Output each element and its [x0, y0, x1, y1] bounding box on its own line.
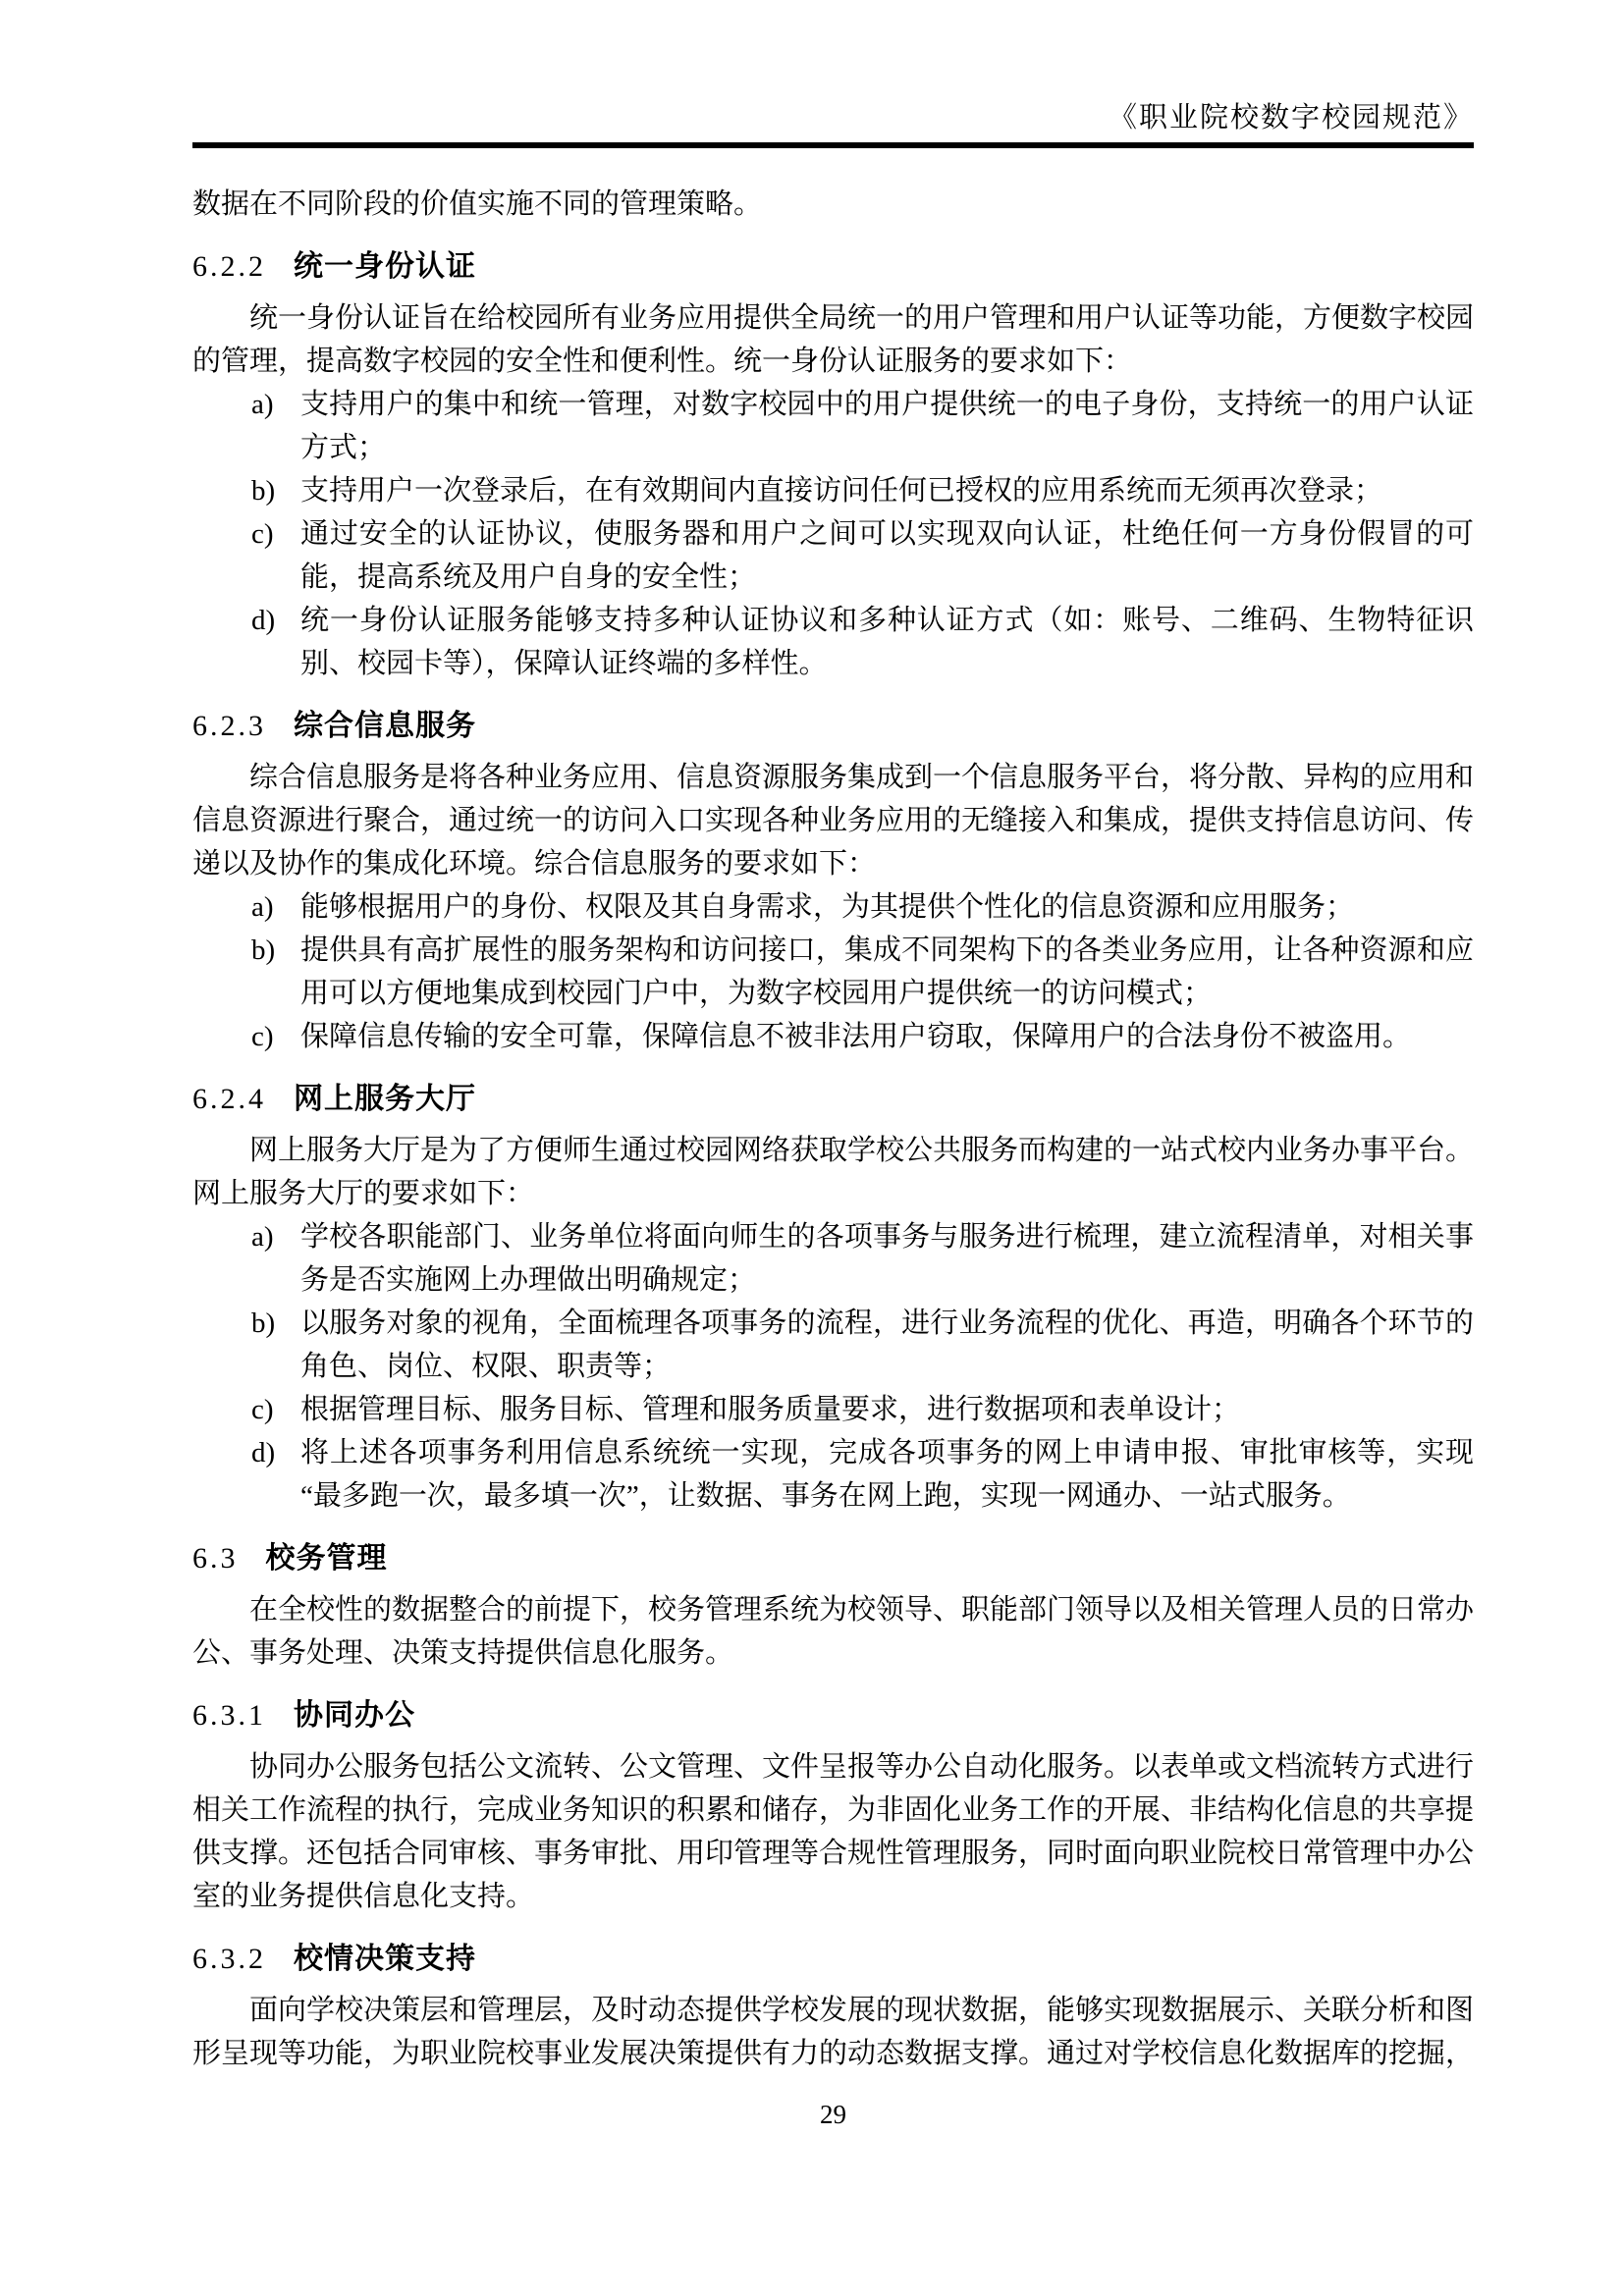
list-item-text: 统一身份认证服务能够支持多种认证协议和多种认证方式（如：账号、二维码、生物特征识…	[300, 605, 1474, 679]
list-item-label: c)	[251, 512, 274, 556]
section-title: 协同办公	[294, 1699, 415, 1732]
list-item: b)提供具有高扩展性的服务架构和访问接口，集成不同架构下的各类业务应用，让各种资…	[192, 929, 1474, 1015]
section-title: 统一身份认证	[294, 250, 476, 283]
section-number: 6.3.1	[192, 1699, 266, 1732]
paragraph: 统一身份认证旨在给校园所有业务应用提供全局统一的用户管理和用户认证等功能，方便数…	[192, 296, 1474, 383]
list-item-label: c)	[251, 1015, 274, 1058]
section-heading: 6.3.1协同办公	[192, 1694, 1474, 1737]
list-item: d)统一身份认证服务能够支持多种认证协议和多种认证方式（如：账号、二维码、生物特…	[192, 599, 1474, 685]
list-item-label: b)	[251, 1302, 275, 1345]
section-title: 校情决策支持	[294, 1943, 476, 1975]
paragraph: 综合信息服务是将各种业务应用、信息资源服务集成到一个信息服务平台，将分散、异构的…	[192, 756, 1474, 885]
list-item: a)支持用户的集中和统一管理，对数字校园中的用户提供统一的电子身份，支持统一的用…	[192, 383, 1474, 469]
section-heading: 6.3.2校情决策支持	[192, 1938, 1474, 1981]
page-body: 数据在不同阶段的价值实施不同的管理策略。 6.2.2统一身份认证统一身份认证旨在…	[192, 183, 1474, 2075]
section-heading: 6.2.2统一身份认证	[192, 245, 1474, 289]
paragraph: 网上服务大厅是为了方便师生通过校园网络获取学校公共服务而构建的一站式校内业务办事…	[192, 1129, 1474, 1215]
paragraph: 面向学校决策层和管理层，及时动态提供学校发展的现状数据，能够实现数据展示、关联分…	[192, 1989, 1474, 2075]
list-item: c)根据管理目标、服务目标、管理和服务质量要求，进行数据项和表单设计；	[192, 1388, 1474, 1431]
section-number: 6.2.2	[192, 250, 266, 283]
list-item-label: a)	[251, 1215, 274, 1258]
list-item-label: d)	[251, 1431, 275, 1474]
section-number: 6.2.3	[192, 710, 266, 742]
section-title: 网上服务大厅	[294, 1083, 476, 1115]
list-item-label: c)	[251, 1388, 274, 1431]
list-item-text: 将上述各项事务利用信息系统统一实现，完成各项事务的网上申请申报、审批审核等，实现…	[300, 1437, 1474, 1512]
list-item-text: 保障信息传输的安全可靠，保障信息不被非法用户窃取，保障用户的合法身份不被盗用。	[300, 1021, 1411, 1052]
list-item: a)学校各职能部门、业务单位将面向师生的各项事务与服务进行梳理，建立流程清单，对…	[192, 1215, 1474, 1302]
list-item-text: 学校各职能部门、业务单位将面向师生的各项事务与服务进行梳理，建立流程清单，对相关…	[300, 1221, 1474, 1296]
header-title: 《职业院校数字校园规范》	[192, 0, 1474, 135]
section-heading: 6.2.3综合信息服务	[192, 705, 1474, 748]
list-item-label: b)	[251, 469, 275, 512]
lead-paragraph: 数据在不同阶段的价值实施不同的管理策略。	[192, 183, 1474, 226]
list-item-text: 支持用户的集中和统一管理，对数字校园中的用户提供统一的电子身份，支持统一的用户认…	[300, 389, 1474, 463]
section-heading: 6.2.4网上服务大厅	[192, 1078, 1474, 1121]
list-item-text: 提供具有高扩展性的服务架构和访问接口，集成不同架构下的各类业务应用，让各种资源和…	[300, 934, 1474, 1009]
page-header: 《职业院校数字校园规范》	[192, 0, 1474, 148]
list-item-label: a)	[251, 383, 274, 426]
list-item: c)通过安全的认证协议，使服务器和用户之间可以实现双向认证，杜绝任何一方身份假冒…	[192, 512, 1474, 599]
list-item: d)将上述各项事务利用信息系统统一实现，完成各项事务的网上申请申报、审批审核等，…	[192, 1431, 1474, 1518]
section-heading: 6.3校务管理	[192, 1537, 1474, 1580]
paragraph: 协同办公服务包括公文流转、公文管理、文件呈报等办公自动化服务。以表单或文档流转方…	[192, 1745, 1474, 1918]
section-number: 6.3.2	[192, 1943, 266, 1975]
list-item-text: 通过安全的认证协议，使服务器和用户之间可以实现双向认证，杜绝任何一方身份假冒的可…	[300, 518, 1474, 593]
list-item-text: 支持用户一次登录后，在有效期间内直接访问任何已授权的应用系统而无须再次登录；	[300, 475, 1382, 507]
list-item-text: 能够根据用户的身份、权限及其自身需求，为其提供个性化的信息资源和应用服务；	[300, 891, 1354, 923]
sections-container: 6.2.2统一身份认证统一身份认证旨在给校园所有业务应用提供全局统一的用户管理和…	[192, 245, 1474, 2075]
page-footer: 29	[192, 2099, 1474, 2130]
list-item: b)支持用户一次登录后，在有效期间内直接访问任何已授权的应用系统而无须再次登录；	[192, 469, 1474, 512]
section-number: 6.3	[192, 1542, 239, 1575]
list-item-label: b)	[251, 929, 275, 972]
paragraph: 在全校性的数据整合的前提下，校务管理系统为校领导、职能部门领导以及相关管理人员的…	[192, 1588, 1474, 1675]
list-item: c)保障信息传输的安全可靠，保障信息不被非法用户窃取，保障用户的合法身份不被盗用…	[192, 1015, 1474, 1058]
list-item-label: a)	[251, 885, 274, 929]
section-title: 校务管理	[266, 1542, 388, 1575]
list-item: a)能够根据用户的身份、权限及其自身需求，为其提供个性化的信息资源和应用服务；	[192, 885, 1474, 929]
section-title: 综合信息服务	[294, 710, 476, 742]
list-item-text: 以服务对象的视角，全面梳理各项事务的流程，进行业务流程的优化、再造，明确各个环节…	[300, 1308, 1474, 1382]
header-rule	[192, 142, 1474, 148]
section-number: 6.2.4	[192, 1083, 266, 1115]
page-number: 29	[820, 2100, 846, 2129]
list-item-label: d)	[251, 599, 275, 642]
list-item: b)以服务对象的视角，全面梳理各项事务的流程，进行业务流程的优化、再造，明确各个…	[192, 1302, 1474, 1388]
document-page: 《职业院校数字校园规范》 数据在不同阶段的价值实施不同的管理策略。 6.2.2统…	[0, 0, 1624, 2296]
list-item-text: 根据管理目标、服务目标、管理和服务质量要求，进行数据项和表单设计；	[300, 1394, 1240, 1425]
